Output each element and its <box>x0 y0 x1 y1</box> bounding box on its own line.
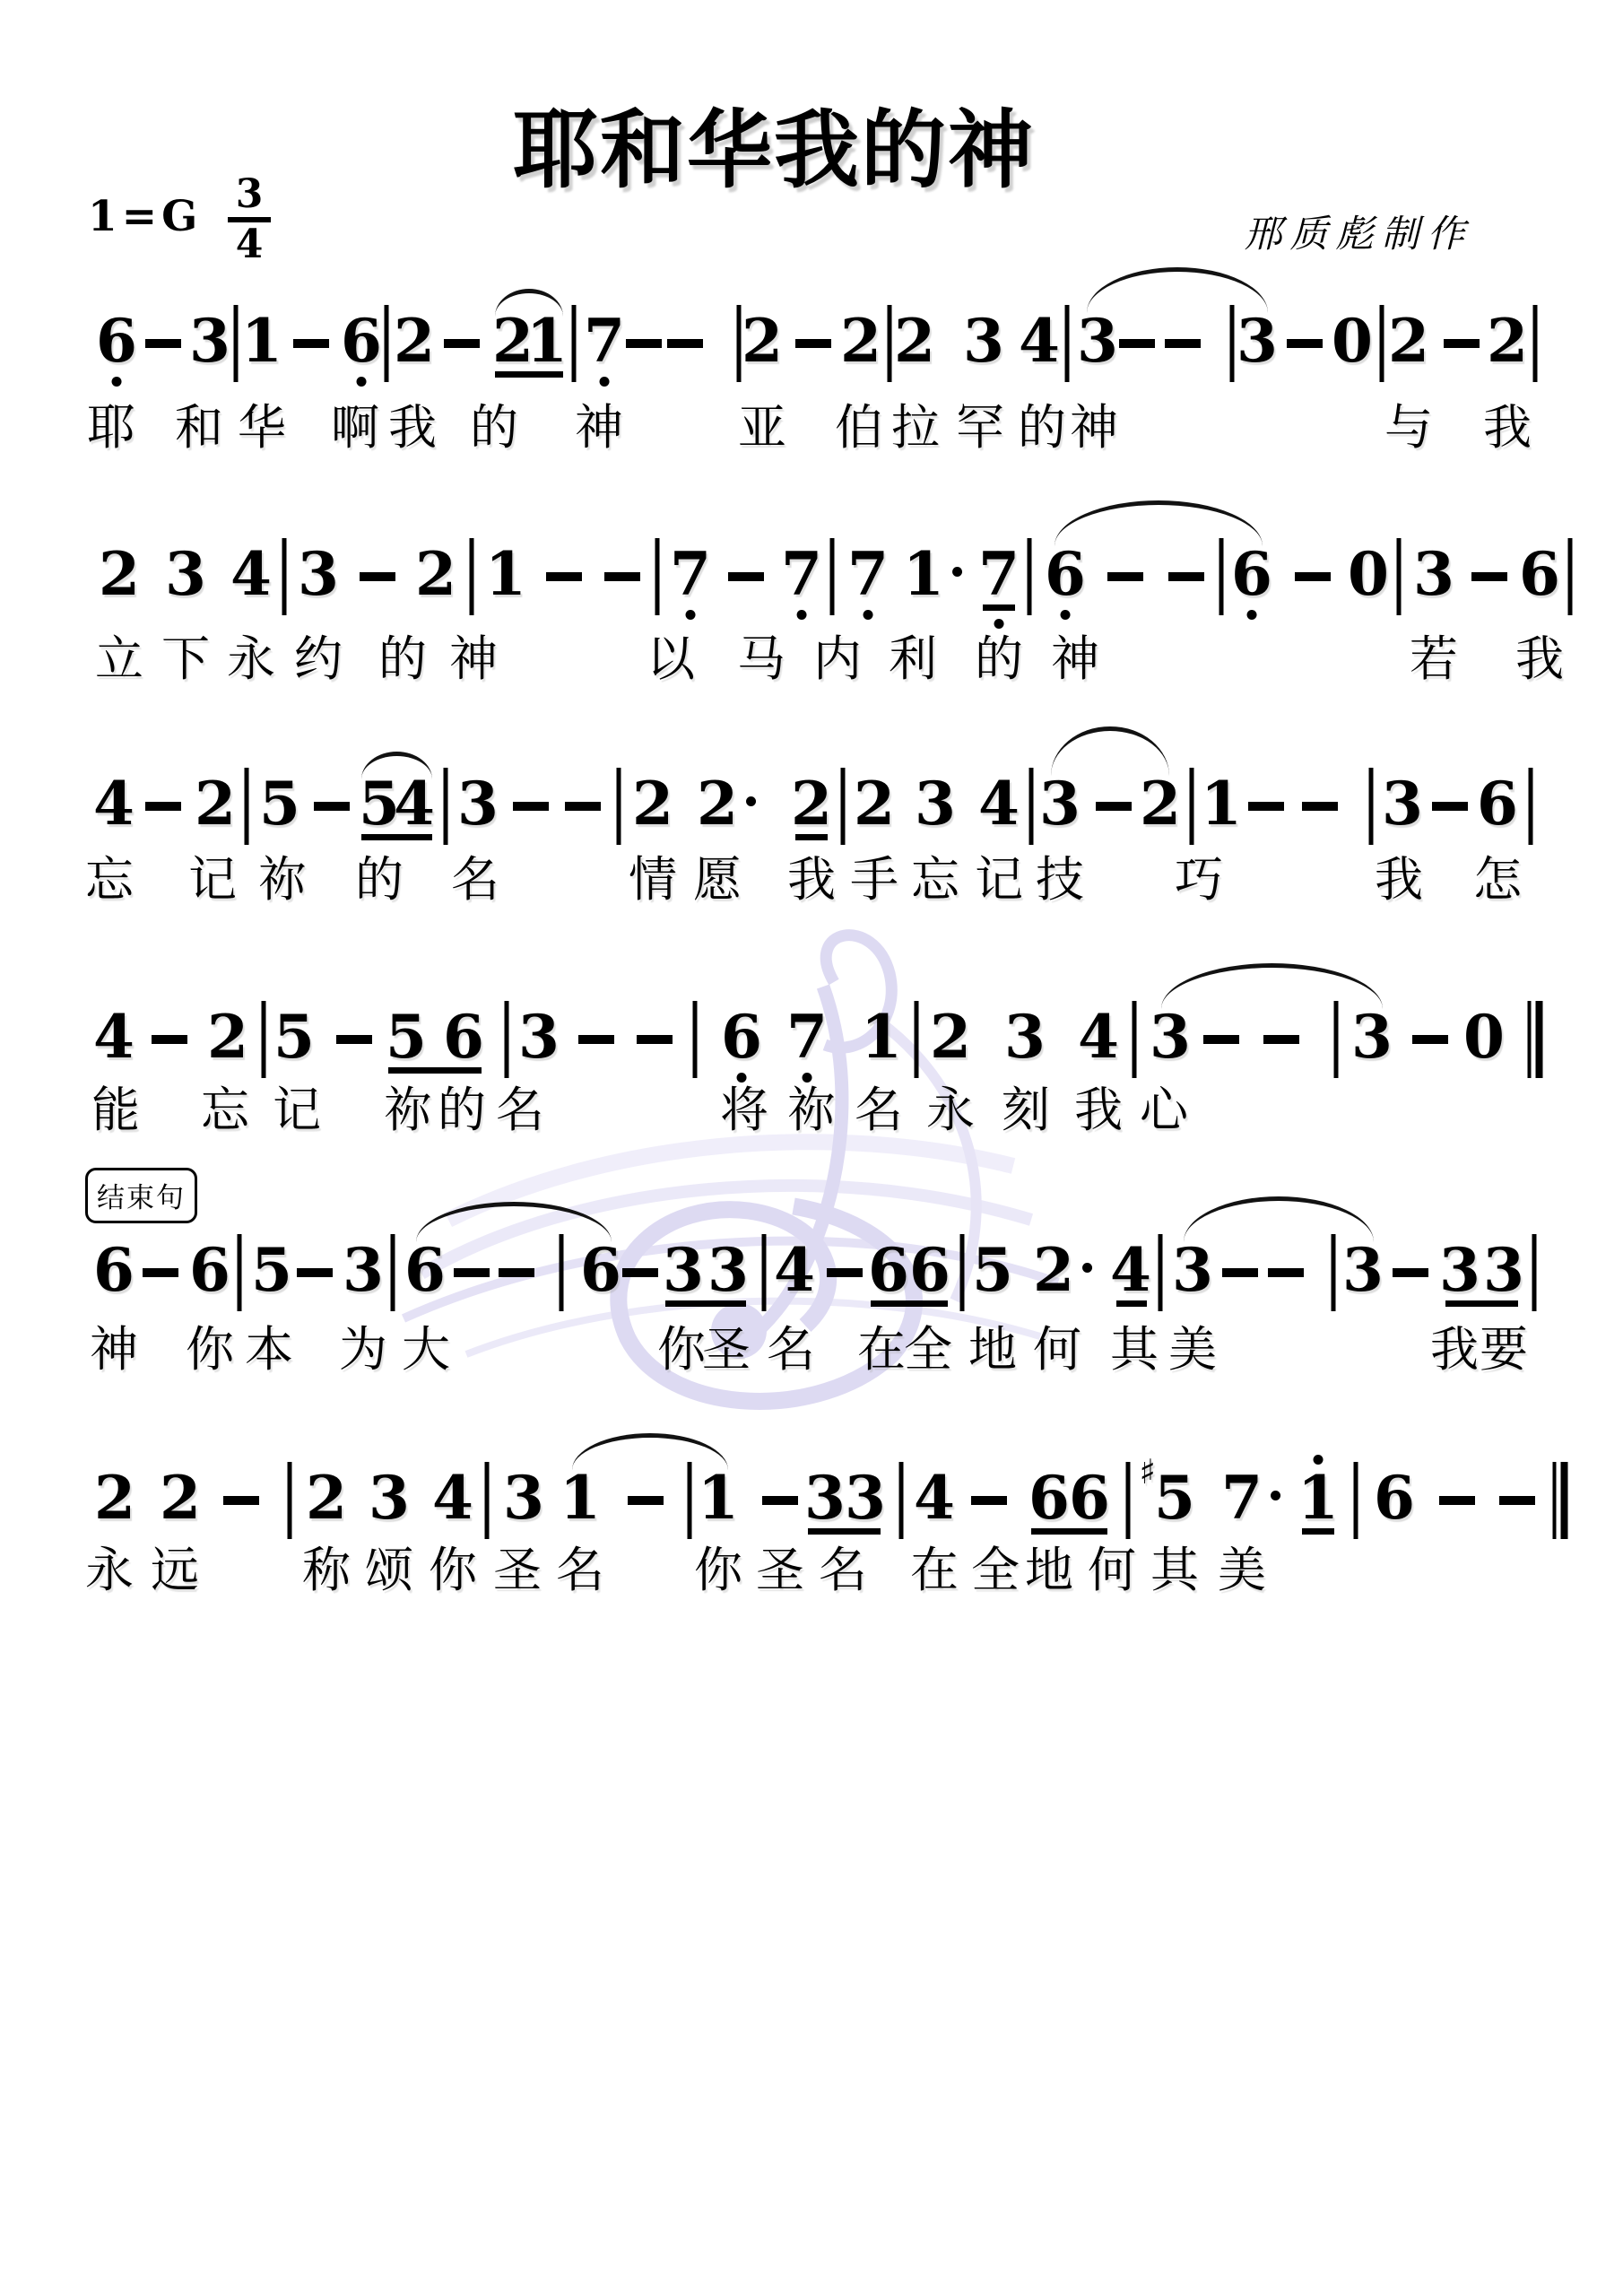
note-digit: 1 <box>1298 1469 1339 1526</box>
barline <box>688 1462 692 1539</box>
barline <box>1354 1462 1358 1539</box>
lyric-char: 你 <box>694 1544 742 1596</box>
note-digit: 2 <box>306 1469 347 1526</box>
lyric-char: 你 <box>429 1544 477 1596</box>
final-barline-thin <box>1553 1462 1557 1539</box>
lyric-char: 颂 <box>365 1544 413 1596</box>
note-digit: 5♯ <box>1154 1469 1195 1526</box>
eighth-note-beam <box>1302 1528 1334 1535</box>
lyric-char: 美 <box>1218 1544 1266 1596</box>
note-value: 1 <box>1298 1469 1339 1526</box>
note-value: 2 <box>94 1469 135 1526</box>
note-value: 4 <box>914 1469 955 1526</box>
note-digit: 3 <box>503 1469 544 1526</box>
sharp-icon: ♯ <box>1139 1455 1155 1489</box>
lyric-char: 地 <box>1025 1544 1073 1596</box>
note-value: 2 <box>306 1469 347 1526</box>
note-digit: 2 <box>160 1469 201 1526</box>
notation-area: 631622172223433022耶和华啊我的神亚伯拉罕的神与我2343217… <box>0 0 1623 2296</box>
note-digit: 1 <box>698 1469 739 1526</box>
note-digit: 6 <box>1028 1469 1070 1526</box>
note-digit: 6 <box>1069 1469 1110 1526</box>
lyric-char: 其 <box>1150 1544 1199 1596</box>
lyric-char: 永 <box>85 1544 134 1596</box>
barline <box>288 1462 292 1539</box>
note-value: 1 <box>560 1469 601 1526</box>
duration-dash <box>1439 1496 1475 1505</box>
lyric-char: 称 <box>302 1544 351 1596</box>
lyric-char: 名 <box>556 1544 604 1596</box>
sheet-music-page: 耶和华我的神 1=G 3 4 邢质彪制作 结束句 631622172223433… <box>0 0 1623 2296</box>
duration-dash <box>1499 1496 1535 1505</box>
note-digit: 7 <box>1221 1469 1263 1526</box>
note-value: 2 <box>160 1469 201 1526</box>
barline <box>899 1462 904 1539</box>
note-value: 5 <box>1154 1469 1195 1526</box>
note-digit: 3 <box>845 1469 886 1526</box>
duration-dash <box>223 1496 259 1505</box>
duration-dash <box>628 1496 664 1505</box>
eighth-note-beam <box>1031 1528 1107 1535</box>
tie-slur-arc <box>572 1433 728 1470</box>
eighth-note-beam <box>808 1528 881 1535</box>
final-barline-thick <box>1561 1462 1568 1539</box>
note-value: 3 <box>804 1469 846 1526</box>
barline <box>1126 1462 1131 1539</box>
note-value: 4 <box>432 1469 473 1526</box>
note-value: 7 <box>1221 1469 1263 1526</box>
lyric-char: 远 <box>151 1544 199 1596</box>
barline <box>485 1462 490 1539</box>
note-digit: 3 <box>804 1469 846 1526</box>
augmentation-dot <box>1271 1491 1280 1500</box>
note-value: 6 <box>1374 1469 1415 1526</box>
duration-dash <box>971 1496 1007 1505</box>
note-value: 1 <box>698 1469 739 1526</box>
lyric-char: 圣 <box>493 1544 542 1596</box>
lyric-char: 在 <box>910 1544 959 1596</box>
high-octave-dot <box>1314 1455 1324 1465</box>
lyric-char: 全 <box>971 1544 1020 1596</box>
note-digit: 4 <box>432 1469 473 1526</box>
note-value: 3 <box>845 1469 886 1526</box>
note-digit: 6 <box>1374 1469 1415 1526</box>
notation-line-6: 22234311334665♯716永远称颂你圣名你圣名在全地何其美 <box>0 0 1623 2296</box>
note-value: 3 <box>369 1469 410 1526</box>
note-value: 6 <box>1028 1469 1070 1526</box>
lyric-char: 何 <box>1088 1544 1136 1596</box>
final-double-barline <box>1553 1462 1568 1539</box>
duration-dash <box>762 1496 798 1505</box>
lyric-char: 名 <box>819 1544 867 1596</box>
note-digit: 2 <box>94 1469 135 1526</box>
note-digit: 3 <box>369 1469 410 1526</box>
note-digit: 4 <box>914 1469 955 1526</box>
note-digit: 1 <box>560 1469 601 1526</box>
note-value: 3 <box>503 1469 544 1526</box>
lyric-char: 圣 <box>756 1544 804 1596</box>
note-value: 6 <box>1069 1469 1110 1526</box>
